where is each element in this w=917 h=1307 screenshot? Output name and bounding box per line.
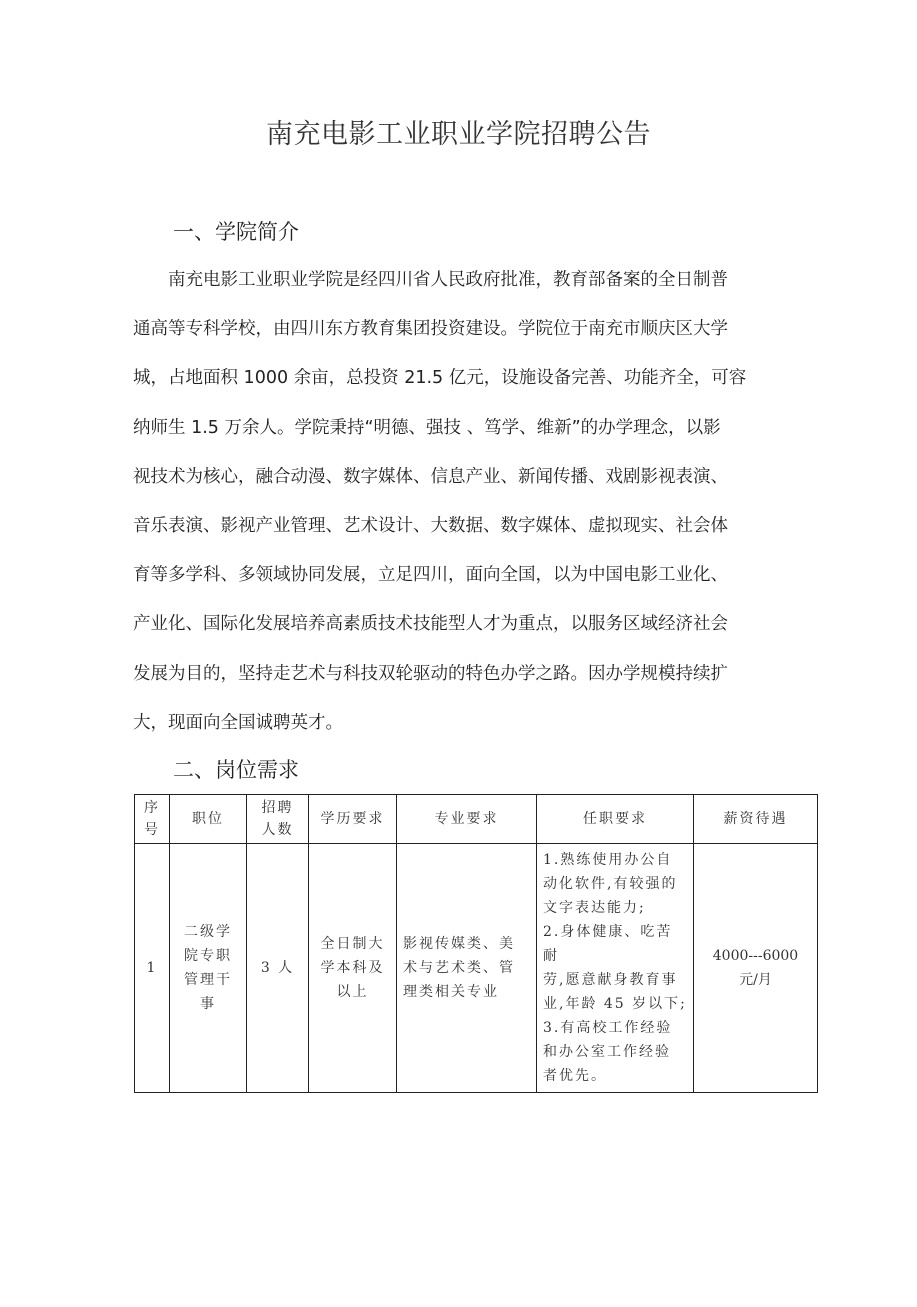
table-row: 1 二级学 院专职 管理干 事 3 人 全日制大 学本科及 以上 影视传媒类、美… [135, 844, 818, 1093]
page-title: 南充电影工业职业学院招聘公告 [0, 112, 917, 151]
paragraph-line: 南充电影工业职业学院是经四川省人民政府批准，教育部备案的全日制普 [133, 256, 783, 305]
cell-major: 影视传媒类、美 术与艺术类、管 理类相关专业 [397, 844, 537, 1093]
header-major: 专业要求 [397, 795, 537, 844]
intro-paragraph: 南充电影工业职业学院是经四川省人民政府批准，教育部备案的全日制普 通高等专科学校… [133, 256, 783, 748]
cell-count: 3 人 [247, 844, 309, 1093]
header-salary: 薪资待遇 [694, 795, 818, 844]
header-index: 序号 [135, 795, 170, 844]
header-position: 职位 [170, 795, 247, 844]
table-header-row: 序号 职位 招聘人数 学历要求 专业要求 任职要求 薪资待遇 [135, 795, 818, 844]
section-heading-intro: 一、学院简介 [173, 216, 299, 246]
paragraph-line: 城，占地面积 1000 余亩，总投资 21.5 亿元，设施设备完善、功能齐全，可… [133, 354, 783, 403]
cell-position: 二级学 院专职 管理干 事 [170, 844, 247, 1093]
paragraph-line: 视技术为核心，融合动漫、数字媒体、信息产业、新闻传播、戏剧影视表演、 [133, 453, 783, 502]
cell-education: 全日制大 学本科及 以上 [309, 844, 397, 1093]
paragraph-line: 育等多学科、多领域协同发展，立足四川，面向全国，以为中国电影工业化、 [133, 551, 783, 600]
header-count: 招聘人数 [247, 795, 309, 844]
cell-requirements: 1.熟练使用办公自 动化软件,有较强的 文字表达能力; 2.身体健康、吃苦耐 劳… [537, 844, 694, 1093]
header-education: 学历要求 [309, 795, 397, 844]
paragraph-line: 纳师生 1.5 万余人。学院秉持“明德、强技 、笃学、维新”的办学理念，以影 [133, 404, 783, 453]
paragraph-line: 产业化、国际化发展培养高素质技术技能型人才为重点，以服务区域经济社会 [133, 600, 783, 649]
paragraph-line: 通高等专科学校，由四川东方教育集团投资建设。学院位于南充市顺庆区大学 [133, 305, 783, 354]
paragraph-line: 大，现面向全国诚聘英才。 [133, 699, 783, 748]
cell-salary: 4000---6000 元/月 [694, 844, 818, 1093]
positions-table: 序号 职位 招聘人数 学历要求 专业要求 任职要求 薪资待遇 1 二级学 院专职… [134, 794, 818, 1093]
cell-index: 1 [135, 844, 170, 1093]
section-heading-positions: 二、岗位需求 [173, 754, 299, 784]
header-requirements: 任职要求 [537, 795, 694, 844]
paragraph-line: 音乐表演、影视产业管理、艺术设计、大数据、数字媒体、虚拟现实、社会体 [133, 502, 783, 551]
paragraph-line: 发展为目的，坚持走艺术与科技双轮驱动的特色办学之路。因办学规模持续扩 [133, 650, 783, 699]
